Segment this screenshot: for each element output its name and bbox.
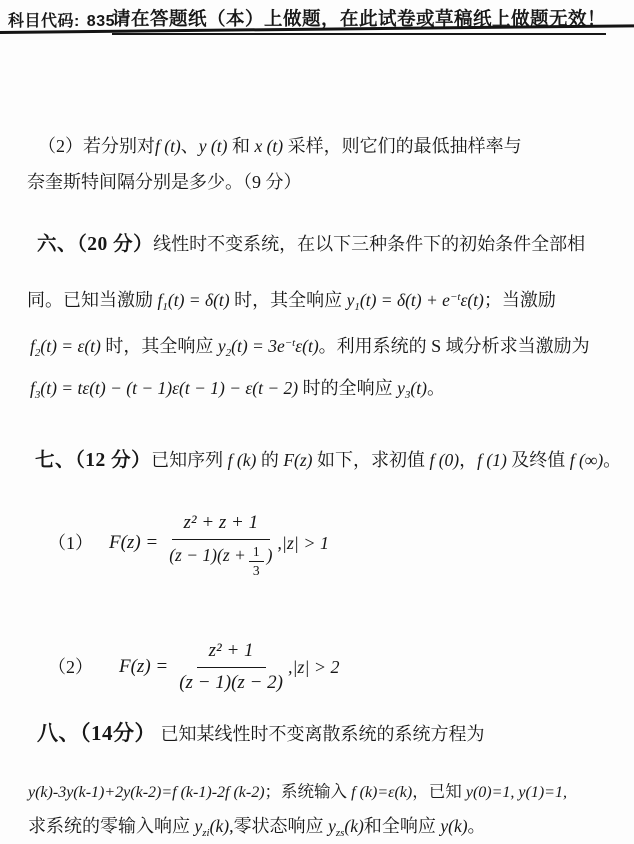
math-run: y <box>328 816 336 836</box>
math-run: y(0)=1, y(1)=1, <box>466 784 567 801</box>
math-run: (t) <box>410 378 427 398</box>
math-superscript: −t <box>450 291 460 303</box>
math-run: f (1) <box>477 450 507 470</box>
math-run: y(k) <box>440 816 467 836</box>
math-run: ε(t) <box>295 336 318 356</box>
text-run: 及终值 <box>507 450 570 470</box>
text-run: 。 <box>427 378 445 398</box>
math-run: f (t) <box>155 136 181 156</box>
subject-code: 科目代码: 835 <box>8 8 117 31</box>
question7-formula-1: （1） F(z) = z² + z + 1 (z − 1)(z + 1 3 ) … <box>48 510 329 576</box>
question7-formula-2: （2） F(z) = z² + 1 (z − 1)(z − 2) ,|z| > … <box>48 638 340 696</box>
region-of-convergence: ,|z| > 2 <box>288 654 340 680</box>
math-run: (z − 1)(z + <box>169 542 246 568</box>
math-run: ) <box>267 542 273 568</box>
math-run: F(z) = <box>109 530 158 556</box>
formula-label: （2） <box>48 654 93 680</box>
text-run: 时的全响应 <box>298 378 397 398</box>
nested-fraction-denominator: 3 <box>253 562 260 579</box>
question6-line4: f3(t) = tε(t) − (t − 1)ε(t − 1) − ε(t − … <box>30 375 445 408</box>
math-superscript: −t <box>285 337 295 349</box>
text-run: 同。已知当激励 <box>27 290 158 310</box>
text-run: 。利用系统的 S 域分析求当激励为 <box>319 336 590 356</box>
text-run: 。 <box>468 816 486 836</box>
text-run: 时，其全响应 <box>230 290 347 310</box>
question8-line2: y(k)-3y(k-1)+2y(k-2)=f (k-1)-2f (k-2)；系统… <box>28 779 567 806</box>
text-run: 。 <box>603 450 621 470</box>
question6-line2: 同。已知当激励 f1(t) = δ(t) 时，其全响应 y1(t) = δ(t)… <box>27 284 556 320</box>
question8-line1: 八、（14分） 已知某线性时不变离散系统的系统方程为 <box>37 720 485 747</box>
text-run: 求系统的零输入响应 <box>28 816 195 836</box>
fraction: z² + z + 1 (z − 1)(z + 1 3 ) <box>169 510 272 576</box>
math-run: y <box>218 336 226 356</box>
math-run: (k) <box>210 816 229 836</box>
math-run: x (t) <box>254 136 283 156</box>
nested-fraction: 1 3 <box>249 544 264 578</box>
text-run: 已知序列 <box>151 450 228 470</box>
question7-line1: 七、（12 分）已知序列 f (k) 的 F(z) 如下，求初值 f (0)，f… <box>35 447 621 474</box>
math-run: (k) <box>344 816 363 836</box>
math-run: f (k)=ε(k) <box>351 784 412 801</box>
fraction-numerator: z² + 1 <box>197 638 266 668</box>
region-of-convergence: ,|z| > 1 <box>277 530 329 556</box>
question5-part2-line1: （2）若分别对f (t)、y (t) 和 x (t) 采样，则它们的最低抽样率与 <box>38 133 522 159</box>
fraction-numerator: z² + z + 1 <box>172 510 271 540</box>
math-run: (t) = δ(t) + e <box>360 290 450 310</box>
question8-line3: 求系统的零输入响应 yzi(k),零状态响应 yzs(k)和全响应 y(k)。 <box>28 813 486 844</box>
math-subscript: zi <box>202 827 209 839</box>
math-run: f (∞) <box>570 450 603 470</box>
text-run: ， <box>459 450 477 470</box>
text-run: （2）若分别对 <box>38 136 155 156</box>
math-run: y (t) <box>199 136 228 156</box>
text-run: 如下，求初值 <box>312 450 429 470</box>
fraction: z² + 1 (z − 1)(z − 2) <box>179 638 283 696</box>
question6-heading: 六、（20 分） <box>37 234 153 255</box>
exam-page: 科目代码: 835 请在答题纸（本）上做题，在此试卷或草稿纸上做题无效！ （2）… <box>0 0 634 844</box>
math-run: (t) = ε(t) <box>40 336 101 356</box>
math-run: (t) = tε(t) − (t − 1)ε(t − 1) − ε(t − 2) <box>40 378 298 398</box>
math-run: (t) = δ(t) <box>168 290 230 310</box>
text-run: 、 <box>181 136 199 156</box>
text-run: 线性时不变系统，在以下三种条件下的初始条件全部相 <box>153 234 585 254</box>
fraction-denominator: (z − 1)(z − 2) <box>179 668 283 696</box>
question7-heading: 七、（12 分） <box>35 450 151 471</box>
math-run: y <box>397 378 405 398</box>
text-run: 奈奎斯特间隔分别是多少。（9 分） <box>27 172 302 192</box>
text-run: 时，其全响应 <box>101 336 218 356</box>
math-run: f (0) <box>429 450 459 470</box>
text-run: ；当激励 <box>484 290 556 310</box>
question5-part2-line2: 奈奎斯特间隔分别是多少。（9 分） <box>27 169 302 195</box>
question8-heading: 八、（14分） <box>37 721 156 745</box>
text-run: ,零状态响应 <box>229 816 328 836</box>
text-run: ；系统输入 <box>265 782 352 801</box>
math-run: ε(t) <box>460 290 483 310</box>
question6-line3: f2(t) = ε(t) 时，其全响应 y2(t) = 3e−tε(t)。利用系… <box>30 330 590 366</box>
text-run: ，已知 <box>412 782 466 801</box>
text-run: 和全响应 <box>364 816 441 836</box>
fraction-denominator: (z − 1)(z + 1 3 ) <box>169 540 272 576</box>
nested-fraction-numerator: 1 <box>249 544 264 562</box>
text-run: 的 <box>256 450 283 470</box>
math-run: F(z) = <box>119 654 168 680</box>
text-run: 已知某线性时不变离散系统的系统方程为 <box>161 724 485 744</box>
question6-line1: 六、（20 分）线性时不变系统，在以下三种条件下的初始条件全部相 <box>37 231 585 258</box>
text-run: 和 <box>227 136 254 156</box>
math-run: f (k) <box>228 450 257 470</box>
formula-label: （1） <box>48 530 93 556</box>
text-run: 采样，则它们的最低抽样率与 <box>283 136 522 156</box>
math-run: y(k)-3y(k-1)+2y(k-2)=f (k-1)-2f (k-2) <box>28 784 265 801</box>
math-run: F(z) <box>283 450 312 470</box>
subject-code-label: 科目代码: <box>8 13 80 30</box>
math-run: (t) = 3e <box>231 336 285 356</box>
